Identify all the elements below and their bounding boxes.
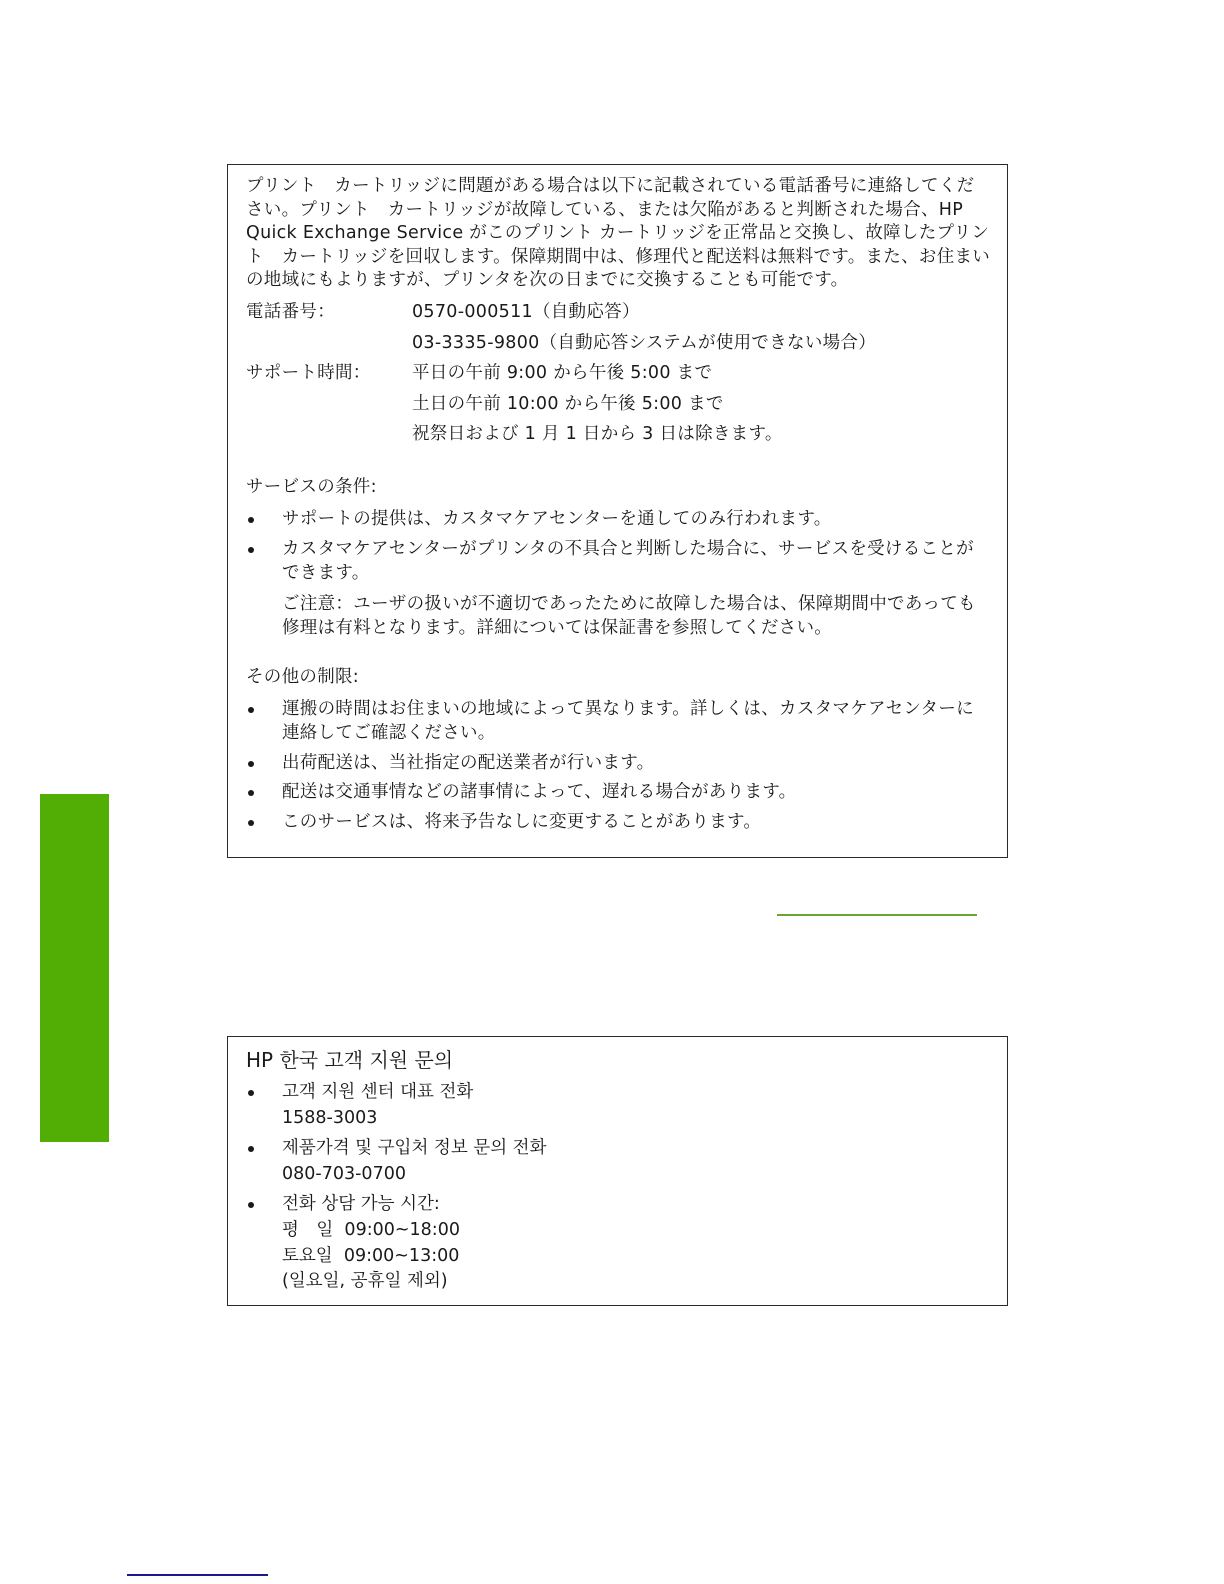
item-label: 제품가격 및 구입처 정보 문의 전화 — [282, 1136, 991, 1162]
weekday-hours: 평 일 09:00~18:00 — [282, 1218, 991, 1244]
intro-paragraph: プリント カートリッジに問題がある場合は以下に記載されている電話番号に連絡してく… — [246, 175, 991, 293]
info-value: 03-3335-9800（自動応答システムが使用できない場合） — [412, 332, 991, 356]
link-underline[interactable] — [777, 914, 977, 916]
other-restrictions-heading: その他の制限: — [246, 662, 991, 692]
info-row-phone: 電話番号： 0570-000511（自動応答） — [246, 298, 991, 329]
list-item: 運搬の時間はお住まいの地域によって異なります。詳しくは、カスタマケアセンターに連… — [246, 698, 991, 745]
bullet-icon — [248, 707, 254, 713]
service-conditions-heading: サービスの条件: — [246, 472, 991, 502]
list-item-text: 出荷配送は、当社指定の配送業者が行います。 — [282, 753, 654, 773]
list-item: カスタマケアセンターがプリンタの不具合と判断した場合に、サービスを受けることがで… — [246, 538, 991, 640]
list-item-text: 運搬の時間はお住まいの地域によって異なります。詳しくは、カスタマケアセンターに連… — [282, 699, 974, 743]
phone-number: 080-703-0700 — [282, 1162, 991, 1188]
phone-number: 1588-3003 — [282, 1106, 991, 1132]
footer-link-underline[interactable] — [127, 1574, 268, 1576]
info-value: 平日の午前 9:00 から午後 5:00 まで — [412, 362, 991, 386]
korea-contact-list: 고객 지원 센터 대표 전화 1588-3003 제품가격 및 구입처 정보 문… — [246, 1080, 991, 1295]
info-value: 祝祭日および 1 月 1 日から 3 日は除きます。 — [412, 423, 991, 447]
info-row-holidays: 祝祭日および 1 月 1 日から 3 日は除きます。 — [246, 420, 991, 451]
item-label: 고객 지원 센터 대표 전화 — [282, 1080, 991, 1106]
korea-support-box: HP 한국 고객 지원 문의 고객 지원 센터 대표 전화 1588-3003 … — [227, 1036, 1008, 1306]
bullet-icon — [248, 790, 254, 796]
list-item-text: サポートの提供は、カスタマケアセンターを通してのみ行われます。 — [282, 509, 832, 529]
info-label: 電話番号： — [246, 301, 412, 325]
list-item: 出荷配送は、当社指定の配送業者が行います。 — [246, 752, 991, 776]
bullet-icon — [248, 547, 254, 553]
info-row-hours-weekend: 土日の午前 10:00 から午後 5:00 まで — [246, 389, 991, 420]
list-item: サポートの提供は、カスタマケアセンターを通してのみ行われます。 — [246, 508, 991, 532]
bullet-icon — [248, 1146, 254, 1152]
info-value: 0570-000511（自動応答） — [412, 301, 991, 325]
list-item-hours: 전화 상담 가능 시간: 평 일 09:00~18:00 토요일 09:00~1… — [246, 1192, 991, 1294]
closed-days: (일요일, 공휴일 제외) — [282, 1269, 991, 1295]
list-item-text: このサービスは、将来予告なしに変更することがあります。 — [282, 812, 761, 832]
chapter-side-tab — [40, 794, 109, 1142]
saturday-hours: 토요일 09:00~13:00 — [282, 1244, 991, 1270]
contact-info-table: 電話番号： 0570-000511（自動応答） 03-3335-9800（自動応… — [246, 298, 991, 451]
korea-box-title: HP 한국 고객 지원 문의 — [246, 1045, 991, 1075]
info-row-phone-alt: 03-3335-9800（自動応答システムが使用できない場合） — [246, 328, 991, 359]
info-label: サポート時間： — [246, 362, 412, 386]
list-item: 配送は交通事情などの諸事情によって、遅れる場合があります。 — [246, 781, 991, 805]
list-item: このサービスは、将来予告なしに変更することがあります。 — [246, 811, 991, 835]
info-row-hours: サポート時間： 平日の午前 9:00 から午後 5:00 まで — [246, 359, 991, 390]
bullet-icon — [248, 1090, 254, 1096]
list-item-sales-phone: 제품가격 및 구입처 정보 문의 전화 080-703-0700 — [246, 1136, 991, 1187]
item-label: 전화 상담 가능 시간: — [282, 1192, 991, 1218]
service-conditions-list: サポートの提供は、カスタマケアセンターを通してのみ行われます。 カスタマケアセン… — [246, 508, 991, 640]
bullet-icon — [248, 1202, 254, 1208]
caution-note: ご注意：ユーザの扱いが不適切であったために故障した場合は、保障期間中であっても修… — [282, 593, 991, 640]
list-item-main-phone: 고객 지원 센터 대표 전화 1588-3003 — [246, 1080, 991, 1131]
bullet-icon — [248, 761, 254, 767]
other-restrictions-list: 運搬の時間はお住まいの地域によって異なります。詳しくは、カスタマケアセンターに連… — [246, 698, 991, 834]
japan-support-box: プリント カートリッジに問題がある場合は以下に記載されている電話番号に連絡してく… — [227, 164, 1008, 858]
info-value: 土日の午前 10:00 から午後 5:00 まで — [412, 393, 991, 417]
list-item-text: カスタマケアセンターがプリンタの不具合と判断した場合に、サービスを受けることがで… — [282, 539, 974, 583]
bullet-icon — [248, 820, 254, 826]
list-item-text: 配送は交通事情などの諸事情によって、遅れる場合があります。 — [282, 782, 796, 802]
bullet-icon — [248, 517, 254, 523]
